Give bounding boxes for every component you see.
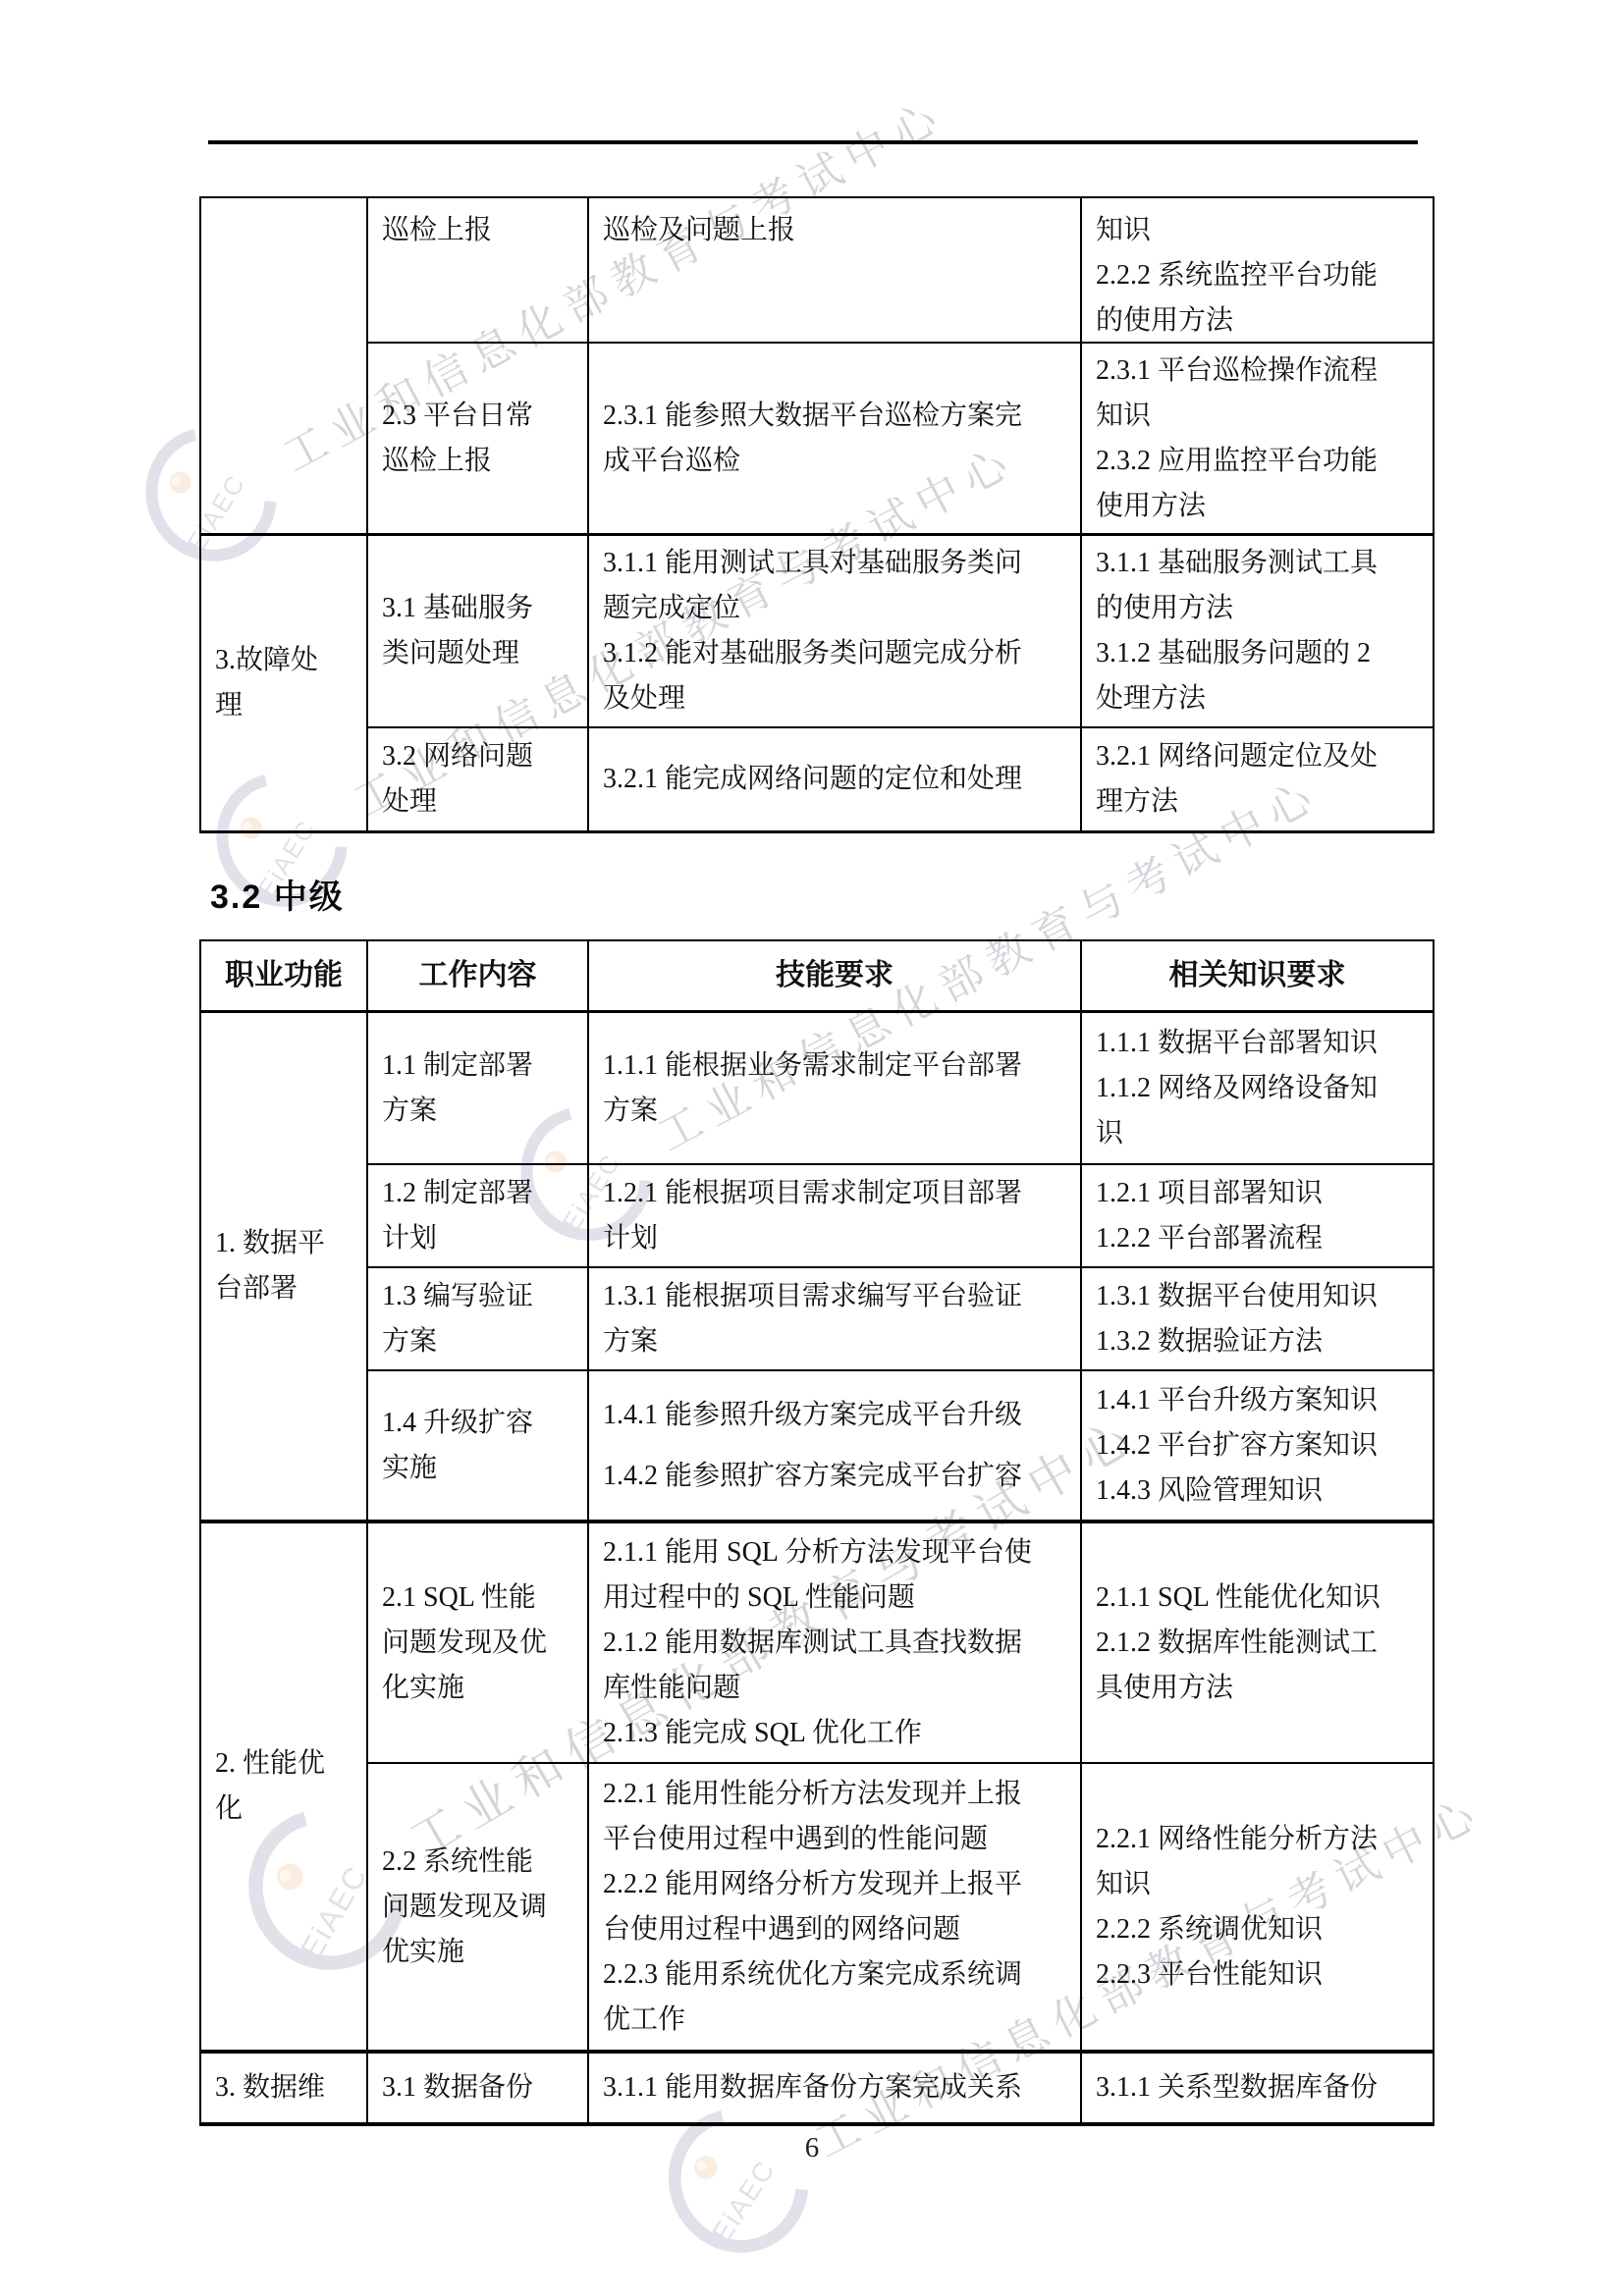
t2-row22-skill-req: 2.2.1 能用性能分析方法发现并上报 平台使用过程中遇到的性能问题 2.2.2… <box>589 1764 1082 2054</box>
t2-row31-skill-req: 3.1.1 能用数据库备份方案完成关系 <box>589 2054 1082 2122</box>
t1-row4-work-content: 3.2 网络问题 处理 <box>368 728 589 830</box>
t2-row31-knowledge-req: 3.1.1 关系型数据库备份 <box>1082 2054 1433 2122</box>
t2-row22-work-content: 2.2 系统性能 问题发现及调 优实施 <box>368 1764 589 2054</box>
t2-function-performance-opt: 2. 性能优 化 <box>201 1523 368 2054</box>
t1-function-fault-handling: 3.故障处 理 <box>201 536 368 830</box>
t1-row3-work-content: 3.1 基础服务 类问题处理 <box>368 536 589 728</box>
t1-row1-work-content: 巡检上报 <box>368 198 589 344</box>
t2-header-function: 职业功能 <box>201 941 368 1013</box>
t2-row13-work-content: 1.3 编写验证 方案 <box>368 1268 589 1371</box>
t2-row12-work-content: 1.2 制定部署 计划 <box>368 1165 589 1268</box>
t1-row3-knowledge-req: 3.1.1 基础服务测试工具 的使用方法 3.1.2 基础服务问题的 2 处理方… <box>1082 536 1433 728</box>
t2-header-knowledge-req: 相关知识要求 <box>1082 941 1433 1013</box>
t1-row4-skill-req: 3.2.1 能完成网络问题的定位和处理 <box>589 728 1082 830</box>
document-page: { "heading": "3.2 中级", "footer": { "page… <box>0 0 1624 2296</box>
skill-table-intermediate: 职业功能 工作内容 技能要求 相关知识要求 1. 数据平 台部署 1.1 制定部… <box>199 939 1435 2126</box>
t2-row14-work-content: 1.4 升级扩容 实施 <box>368 1371 589 1523</box>
t2-function-data-maintenance: 3. 数据维 <box>201 2054 368 2122</box>
page-number: 6 <box>0 2132 1624 2164</box>
t2-row12-knowledge-req: 1.2.1 项目部署知识 1.2.2 平台部署流程 <box>1082 1165 1433 1268</box>
t2-row11-knowledge-req: 1.1.1 数据平台部署知识 1.1.2 网络及网络设备知 识 <box>1082 1013 1433 1165</box>
t2-function-platform-deploy: 1. 数据平 台部署 <box>201 1013 368 1523</box>
t1-col1-empty <box>201 198 368 536</box>
t2-row13-skill-req: 1.3.1 能根据项目需求编写平台验证 方案 <box>589 1268 1082 1371</box>
t2-row21-work-content: 2.1 SQL 性能 问题发现及优 化实施 <box>368 1523 589 1764</box>
t2-row31-work-content: 3.1 数据备份 <box>368 2054 589 2122</box>
section-heading: 3.2 中级 <box>210 870 345 918</box>
t2-row14-knowledge-req: 1.4.1 平台升级方案知识 1.4.2 平台扩容方案知识 1.4.3 风险管理… <box>1082 1371 1433 1523</box>
t2-row13-knowledge-req: 1.3.1 数据平台使用知识 1.3.2 数据验证方法 <box>1082 1268 1433 1371</box>
page-header-rule <box>208 140 1418 144</box>
t1-row2-work-content: 2.3 平台日常 巡检上报 <box>368 344 589 536</box>
t1-row2-skill-req: 2.3.1 能参照大数据平台巡检方案完 成平台巡检 <box>589 344 1082 536</box>
t2-row21-skill-req: 2.1.1 能用 SQL 分析方法发现平台使 用过程中的 SQL 性能问题 2.… <box>589 1523 1082 1764</box>
t2-row11-work-content: 1.1 制定部署 方案 <box>368 1013 589 1165</box>
t2-header-skill-req: 技能要求 <box>589 941 1082 1013</box>
skill-table-junior: 巡检上报 巡检及问题上报 知识 2.2.2 系统监控平台功能 的使用方法 2.3… <box>199 196 1435 833</box>
t1-row4-knowledge-req: 3.2.1 网络问题定位及处 理方法 <box>1082 728 1433 830</box>
t1-row1-skill-req: 巡检及问题上报 <box>589 198 1082 344</box>
t2-row11-skill-req: 1.1.1 能根据业务需求制定平台部署 方案 <box>589 1013 1082 1165</box>
t1-row2-knowledge-req: 2.3.1 平台巡检操作流程 知识 2.3.2 应用监控平台功能 使用方法 <box>1082 344 1433 536</box>
t1-row3-skill-req: 3.1.1 能用测试工具对基础服务类问 题完成定位 3.1.2 能对基础服务类问… <box>589 536 1082 728</box>
t2-row21-knowledge-req: 2.1.1 SQL 性能优化知识 2.1.2 数据库性能测试工 具使用方法 <box>1082 1523 1433 1764</box>
svg-text:EiAEC: EiAEC <box>706 2155 782 2248</box>
t2-row22-knowledge-req: 2.2.1 网络性能分析方法 知识 2.2.2 系统调优知识 2.2.3 平台性… <box>1082 1764 1433 2054</box>
t2-row12-skill-req: 1.2.1 能根据项目需求制定项目部署 计划 <box>589 1165 1082 1268</box>
t1-row1-knowledge-req: 知识 2.2.2 系统监控平台功能 的使用方法 <box>1082 198 1433 344</box>
t2-row14-skill-req: 1.4.1 能参照升级方案完成平台升级 1.4.2 能参照扩容方案完成平台扩容 <box>589 1371 1082 1523</box>
t2-header-work-content: 工作内容 <box>368 941 589 1013</box>
